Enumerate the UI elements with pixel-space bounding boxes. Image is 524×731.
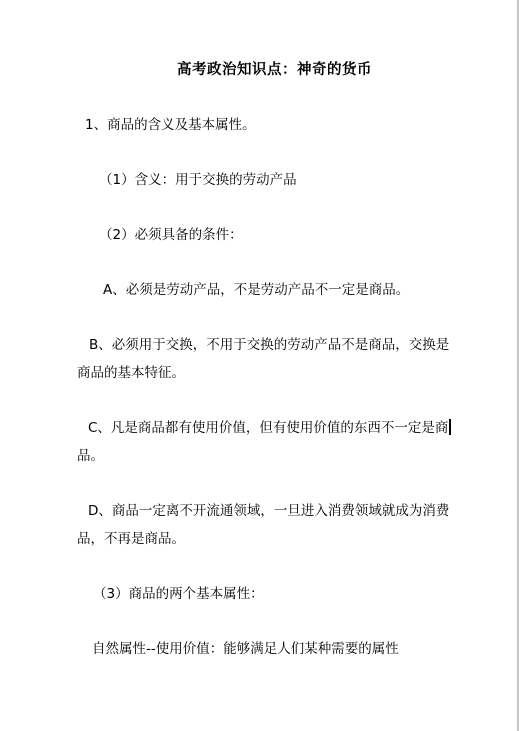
paragraph: A、必须是劳动产品，不是劳动产品不一定是商品。 [77, 276, 472, 304]
text-line[interactable]: 商品的基本特征。 [77, 359, 472, 387]
text-line[interactable]: A、必须是劳动产品，不是劳动产品不一定是商品。 [77, 276, 472, 304]
page-edge-line [517, 0, 519, 731]
document-page[interactable]: 高考政治知识点：神奇的货币 1、商品的含义及基本属性。 （1）含义：用于交换的劳… [0, 0, 524, 731]
text-line[interactable]: B、必须用于交换，不用于交换的劳动产品不是商品，交换是 [77, 331, 472, 359]
paragraph: （3）商品的两个基本属性： [77, 580, 472, 608]
paragraph: 自然属性--使用价值：能够满足人们某种需要的属性 [77, 635, 472, 663]
text-line[interactable]: （3）商品的两个基本属性： [77, 580, 472, 608]
text-line[interactable]: 品。 [77, 442, 472, 470]
paragraph: D、商品一定离不开流通领域，一旦进入消费领域就成为消费 品，不再是商品。 [77, 497, 472, 553]
text-line-content: C、凡是商品都有使用价值，但有使用价值的东西不一定是商 [88, 420, 448, 436]
text-line[interactable]: C、凡是商品都有使用价值，但有使用价值的东西不一定是商 [77, 414, 472, 442]
paragraph: B、必须用于交换，不用于交换的劳动产品不是商品，交换是 商品的基本特征。 [77, 331, 472, 387]
text-line[interactable]: （1）含义：用于交换的劳动产品 [77, 166, 472, 194]
paragraph: 1、商品的含义及基本属性。 [77, 111, 472, 139]
paragraph: （2）必须具备的条件： [77, 221, 472, 249]
paragraph: （1）含义：用于交换的劳动产品 [77, 166, 472, 194]
paragraph: C、凡是商品都有使用价值，但有使用价值的东西不一定是商 品。 [77, 414, 472, 470]
text-line[interactable]: D、商品一定离不开流通领域，一旦进入消费领域就成为消费 [77, 497, 472, 525]
text-line[interactable]: 自然属性--使用价值：能够满足人们某种需要的属性 [77, 635, 472, 663]
text-line[interactable]: 品，不再是商品。 [77, 525, 472, 553]
document-title: 高考政治知识点：神奇的货币 [77, 56, 472, 84]
text-line[interactable]: （2）必须具备的条件： [77, 221, 472, 249]
text-cursor [449, 419, 451, 435]
text-line[interactable]: 1、商品的含义及基本属性。 [77, 111, 472, 139]
